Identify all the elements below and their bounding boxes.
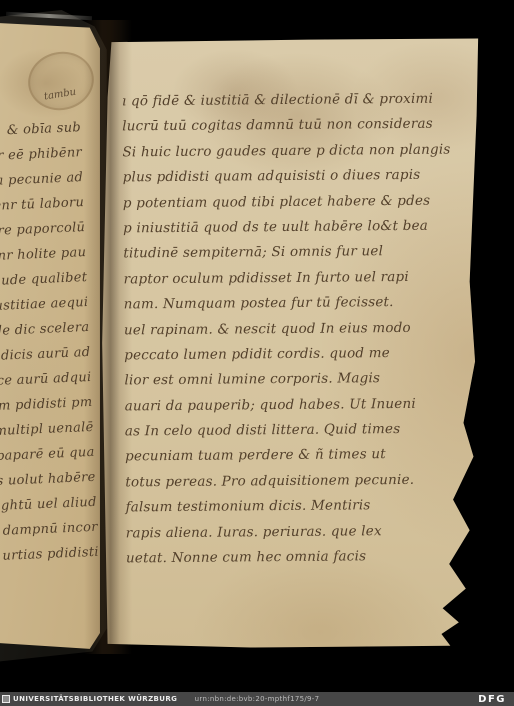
manuscript-line: lior est omni lumine corporis. Magis <box>124 366 448 394</box>
library-name: UNIVERSITÄTSBIBLIOTHEK WÜRZBURG <box>13 695 177 703</box>
footer-left-group: UNIVERSITÄTSBIBLIOTHEK WÜRZBURG <box>2 695 177 703</box>
library-logo-icon <box>2 695 10 703</box>
manuscript-line: ı qō fidē & iustitiā & dilectionē dī & p… <box>122 87 446 115</box>
manuscript-line: rapis aliena. Iuras. periuras. que lex <box>126 518 450 546</box>
right-page-text-column: ı qō fidē & iustitiā & dilectionē dī & p… <box>122 87 450 572</box>
manuscript-line: nam. Numquam postea fur tū fecisset. <box>124 290 448 318</box>
manuscript-line: falsum testimonium dicis. Mentiris <box>125 493 449 521</box>
manuscript-line: peccato lumen pdidit cordis. quod me <box>124 340 448 368</box>
manuscript-line: raptor oculum pdidisset In furto uel rap… <box>123 264 447 292</box>
manuscript-line: totus pereas. Pro adquisitionem pecunie. <box>125 467 449 495</box>
manuscript-line: p potentiam quod tibi placet habere & pd… <box>123 188 447 216</box>
manuscript-line: as In celo quod disti littera. Quid time… <box>125 417 449 445</box>
manuscript-line: uetat. Nonne cum hec omnia facis <box>126 544 450 572</box>
manuscript-line: pecuniam tuam perdere & ñ times ut <box>125 442 449 470</box>
manuscript-line: lucrū tuū cogitas damnū tuū non consider… <box>122 112 446 140</box>
manuscript-line: plus pdidisti quam adquisisti o diues ra… <box>123 163 447 191</box>
manuscript-scan-page: tambu & obīa subnsfur eē phibēnrta pecun… <box>0 0 514 706</box>
manuscript-line: titudinē sempiternā; Si omnis fur uel <box>123 239 447 267</box>
digitization-footer: UNIVERSITÄTSBIBLIOTHEK WÜRZBURG urn:nbn:… <box>0 692 514 706</box>
manuscript-line: uel rapinam. & nescit quod In eius modo <box>124 315 448 343</box>
manuscript-line: auari da pauperib; quod habes. Ut Inueni <box>125 391 449 419</box>
manuscript-line: Si huic lucro gaudes quare p dicta non p… <box>122 137 446 165</box>
dfg-logo: DFG <box>478 694 506 705</box>
manuscript-line: p iniustitiā quod ds te uult habēre lo&t… <box>123 214 447 242</box>
